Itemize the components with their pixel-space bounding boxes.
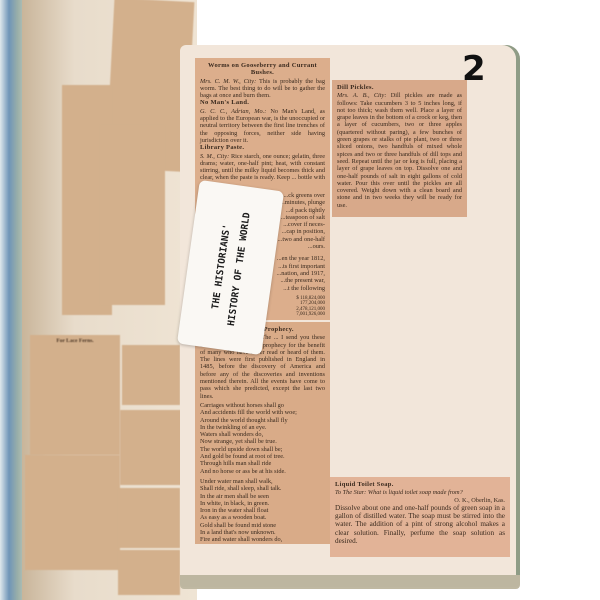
poem-line: And no horse or ass be at his side. (200, 468, 325, 475)
clipping-body: Dill pickles are made as follows: Take c… (337, 92, 462, 208)
clipping-worms-no-mans-land: Worms on Gooseberry and Currant Bushes. … (195, 58, 330, 188)
clipping-sender: O. K., Oberlin, Kas. (335, 497, 505, 504)
prophecy-poem: Carriages without horses shall go And ac… (200, 402, 325, 544)
clipping-sub: To The Star: What is liquid toilet soap … (335, 489, 505, 496)
clipping-title: Liquid Toilet Soap. (335, 481, 505, 488)
poem-line: As easy as a wooden boat. (200, 514, 325, 521)
left-clipping-right-col-4 (118, 550, 180, 595)
scrapbook-photo: For Lace Ferns. 2 Worms on Gooseberry an… (0, 0, 600, 600)
clipping-title: Library Paste. (200, 144, 325, 151)
left-clipping-lower (25, 455, 120, 570)
poem-line: Under water man shall walk, (200, 478, 325, 485)
poem-line: In a land that's now unknown. (200, 529, 325, 536)
poem-line: Iron in the water shall float (200, 507, 325, 514)
left-clipping-right-col-3 (118, 488, 180, 548)
left-clipping-right-col-2 (120, 410, 182, 485)
clipping-title: No Man's Land. (200, 99, 325, 106)
clipping-liquid-toilet-soap: Liquid Toilet Soap. To The Star: What is… (330, 477, 510, 557)
poem-line: Fire and water shall wonders do, (200, 536, 325, 543)
poem-line: Through hills man shall ride (200, 460, 325, 467)
poem-line: In the twinkling of an eye. (200, 424, 325, 431)
poem-line: Shall ride, shall sleep, shall talk. (200, 485, 325, 492)
page-block-edge (180, 575, 520, 587)
poem-line: Around the world thought shall fly (200, 417, 325, 424)
clipping-title: Dill Pickles. (337, 84, 462, 91)
clipping-title: For Lace Ferns. (33, 338, 117, 345)
left-clipping-right-col-1 (122, 345, 180, 405)
clipping-sub: G. C. C., Adrian, Mo.: (200, 108, 266, 115)
clipping-title: Worms on Gooseberry and Currant Bushes. (200, 62, 325, 77)
poem-line: Carriages without horses shall go (200, 402, 325, 409)
clipping-sub: Mrs. C. M. W., City: (200, 78, 256, 85)
poem-line: Gold shall be found mid stone (200, 522, 325, 529)
poem-line: Waters shall wonders do, (200, 431, 325, 438)
clipping-body: Dissolve about one and one-half pounds o… (335, 504, 505, 545)
clipping-dill-pickles: Dill Pickles. Mrs. A. B., City: Dill pic… (332, 80, 467, 217)
poem-line: Now strange, yet shall be true. (200, 438, 325, 445)
left-clipping-lace-ferns: For Lace Ferns. (30, 335, 120, 455)
clipping-shipton-prophecy: ...hipton's Prophecy. ...1.—To the Edito… (195, 322, 330, 544)
poem-line: And gold be found at root of tree. (200, 453, 325, 460)
label-text: THE HISTORIANS' HISTORY OF THE WORLD (205, 208, 257, 326)
poem-line: The world upside down shall be; (200, 446, 325, 453)
poem-line: In the air men shall be seen (200, 493, 325, 500)
left-clipping-mid (100, 125, 165, 305)
clipping-sub: S. M., City: (200, 153, 229, 160)
poem-line: And accidents fill the world with woe; (200, 409, 325, 416)
poem-line: In white, in black, in green. (200, 500, 325, 507)
clipping-sub: Mrs. A. B., City: (337, 92, 386, 99)
